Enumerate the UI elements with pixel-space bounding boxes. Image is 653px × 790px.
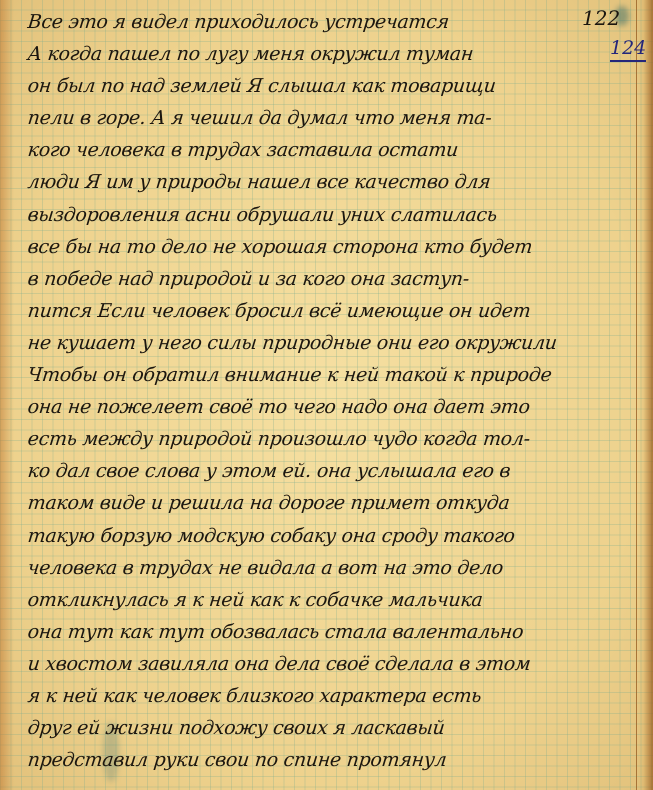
text-line: он был по над землей Я слышал как товари… xyxy=(26,68,629,100)
text-line: в победе над природой и за кого она заст… xyxy=(26,261,629,293)
text-line: Все это я видел приходилось устречатся xyxy=(26,4,629,36)
text-line: люди Я им у природы нашел все качество д… xyxy=(26,164,629,196)
handwritten-text-block: Все это я видел приходилось устречатся А… xyxy=(28,4,628,774)
text-line: человека в трудах не видала а вот на это… xyxy=(26,550,629,582)
text-line: и хвостом завиляла она дела своё сделала… xyxy=(26,646,629,678)
text-line: она тут как тут обозвалась стала валента… xyxy=(26,614,629,646)
text-line: такую борзую модскую собаку она сроду та… xyxy=(26,518,629,550)
text-line: есть между природой произошло чудо когда… xyxy=(26,421,629,453)
text-line: друг ей жизни подхожу своих я ласкавый xyxy=(26,710,629,742)
text-line: не кушает у него силы природные они его … xyxy=(26,325,629,357)
text-line: пится Если человек бросил всё имеющие он… xyxy=(26,293,629,325)
text-line: я к ней как человек близкого характера е… xyxy=(26,678,629,710)
notebook-page: 122 124 Все это я видел приходилось устр… xyxy=(0,0,653,790)
text-line: ко дал свое слова у этом ей. она услышал… xyxy=(26,453,629,485)
text-line: таком виде и решила на дороге примет отк… xyxy=(26,485,629,517)
text-line: представил руки свои по спине протянул xyxy=(26,742,629,774)
text-line: кого человека в трудах заставила остати xyxy=(26,132,629,164)
text-line: все бы на то дело не хорошая сторона кто… xyxy=(26,229,629,261)
text-line: откликнулась я к ней как к собачке мальч… xyxy=(26,582,629,614)
text-line: А когда пашел по лугу меня окружил туман xyxy=(26,36,629,68)
text-line: выздоровления асни обрушали уних слатила… xyxy=(26,197,629,229)
page-right-edge xyxy=(636,0,653,790)
page-left-edge xyxy=(0,0,14,790)
text-line: пели в горе. А я чешил да думал что меня… xyxy=(26,100,629,132)
text-line: Чтобы он обратил внимание к ней такой к … xyxy=(26,357,629,389)
text-line: она не пожелеет своё то чего надо она да… xyxy=(26,389,629,421)
